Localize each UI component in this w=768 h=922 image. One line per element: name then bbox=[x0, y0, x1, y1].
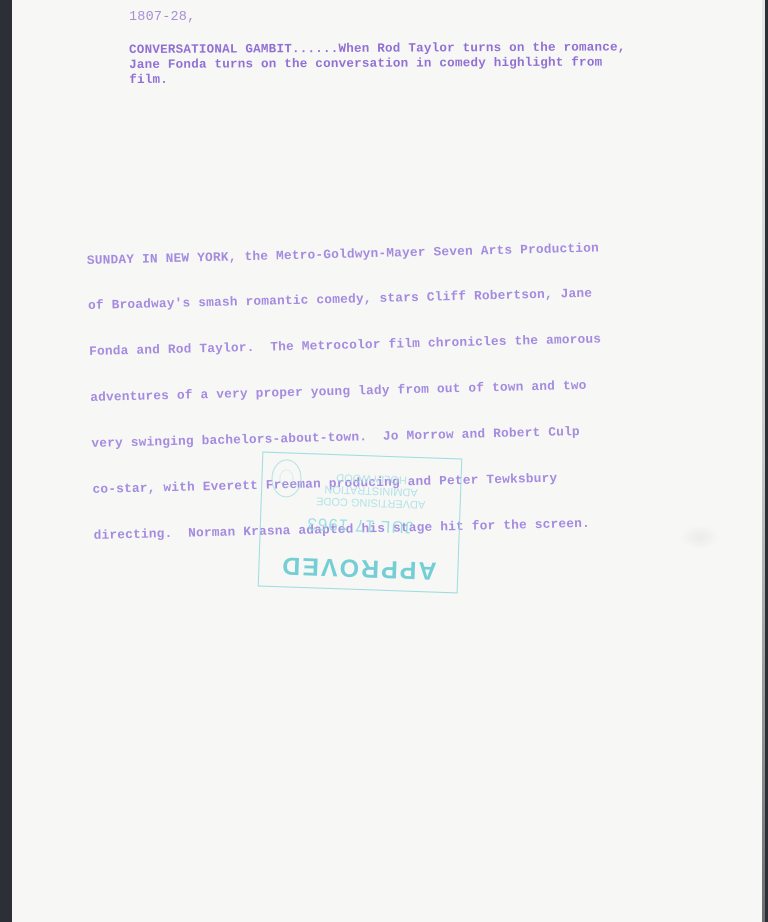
synopsis-line: Fonda and Rod Taylor. The Metrocolor fil… bbox=[89, 332, 601, 360]
synopsis-line: SUNDAY IN NEW YORK, the Metro-Goldwyn-Ma… bbox=[87, 240, 599, 268]
reference-number: 1807-28, bbox=[129, 10, 195, 25]
paper-smudge bbox=[680, 525, 720, 550]
approved-stamp: APPROVED JUL 17 1963 ADVERTISING CODE AD… bbox=[258, 452, 463, 594]
sheet-edge bbox=[762, 0, 765, 922]
caption-line: CONVERSATIONAL GAMBIT......When Rod Tayl… bbox=[129, 40, 626, 57]
caption-line: film. bbox=[129, 73, 168, 87]
synopsis-line: adventures of a very proper young lady f… bbox=[90, 378, 602, 406]
caption-line: Jane Fonda turns on the conversation in … bbox=[129, 56, 602, 72]
caption-text: CONVERSATIONAL GAMBIT......When Rod Tayl… bbox=[129, 40, 626, 88]
stamp-organization: ADVERTISING CODE ADMINISTRATION HOLLYWOO… bbox=[301, 470, 442, 511]
synopsis-line: of Broadway's smash romantic comedy, sta… bbox=[88, 286, 600, 314]
synopsis-line: very swinging bachelors-about-town. Jo M… bbox=[91, 424, 603, 452]
